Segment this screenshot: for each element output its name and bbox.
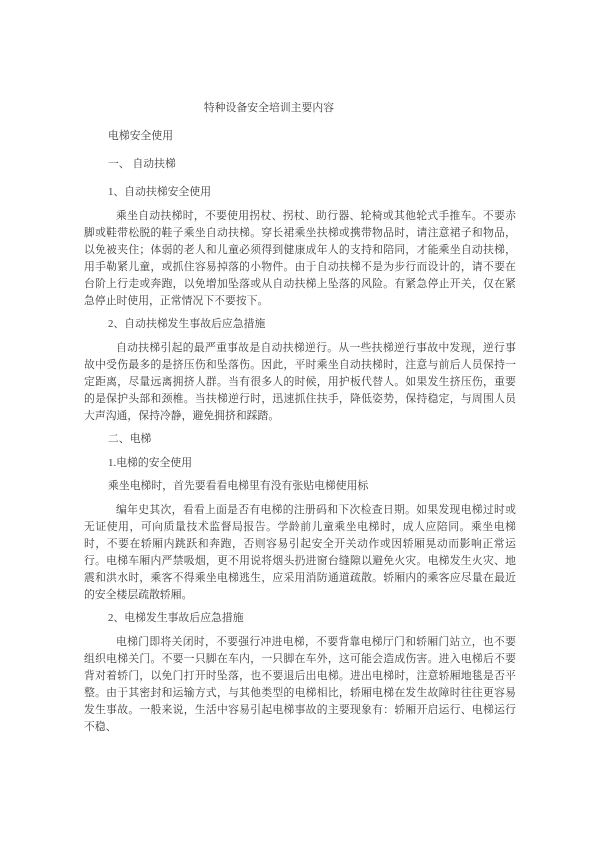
section-heading-elevator: 二、电梯 [84, 431, 516, 448]
paragraph-escalator-safe-use: 乘坐自动扶梯时，不要使用拐杖、拐杖、助行器、轮椅或其他轮式手推车。不要赤脚或鞋带… [84, 208, 516, 310]
paragraph-escalator-emergency: 自动扶梯引起的最严重事故是自动扶梯逆行。从一些扶梯逆行事故中发现，逆行事故中受伤… [84, 340, 516, 425]
section-heading-escalator: 一、 自动扶梯 [84, 156, 516, 173]
document-content: 特种设备安全培训主要内容 电梯安全使用 一、 自动扶梯 1、自动扶梯安全使用 乘… [84, 100, 516, 736]
subsection-heading-elevator-safe-use: 1.电梯的安全使用 [84, 455, 516, 472]
section-heading-elevator-safe-use: 电梯安全使用 [84, 128, 516, 145]
line-elevator-check-label: 乘坐电梯时，首先要看看电梯里有没有张贴电梯使用标 [84, 478, 516, 495]
subsection-heading-elevator-emergency: 2、电梯发生事故后应急措施 [84, 610, 516, 627]
paragraph-elevator-safe-use: 编年史其次，看看上面是否有电梯的注册码和下次检查日期。如果发现电梯过时或无证使用… [84, 502, 516, 604]
paragraph-elevator-emergency: 电梯门即将关闭时，不要强行冲进电梯，不要背靠电梯厅门和轿厢门站立，也不要组织电梯… [84, 634, 516, 736]
subsection-heading-escalator-emergency: 2、自动扶梯发生事故后应急措施 [84, 316, 516, 333]
document-title: 特种设备安全培训主要内容 [84, 100, 516, 117]
document-page: 特种设备安全培训主要内容 电梯安全使用 一、 自动扶梯 1、自动扶梯安全使用 乘… [0, 0, 600, 850]
subsection-heading-escalator-safe-use: 1、自动扶梯安全使用 [84, 184, 516, 201]
